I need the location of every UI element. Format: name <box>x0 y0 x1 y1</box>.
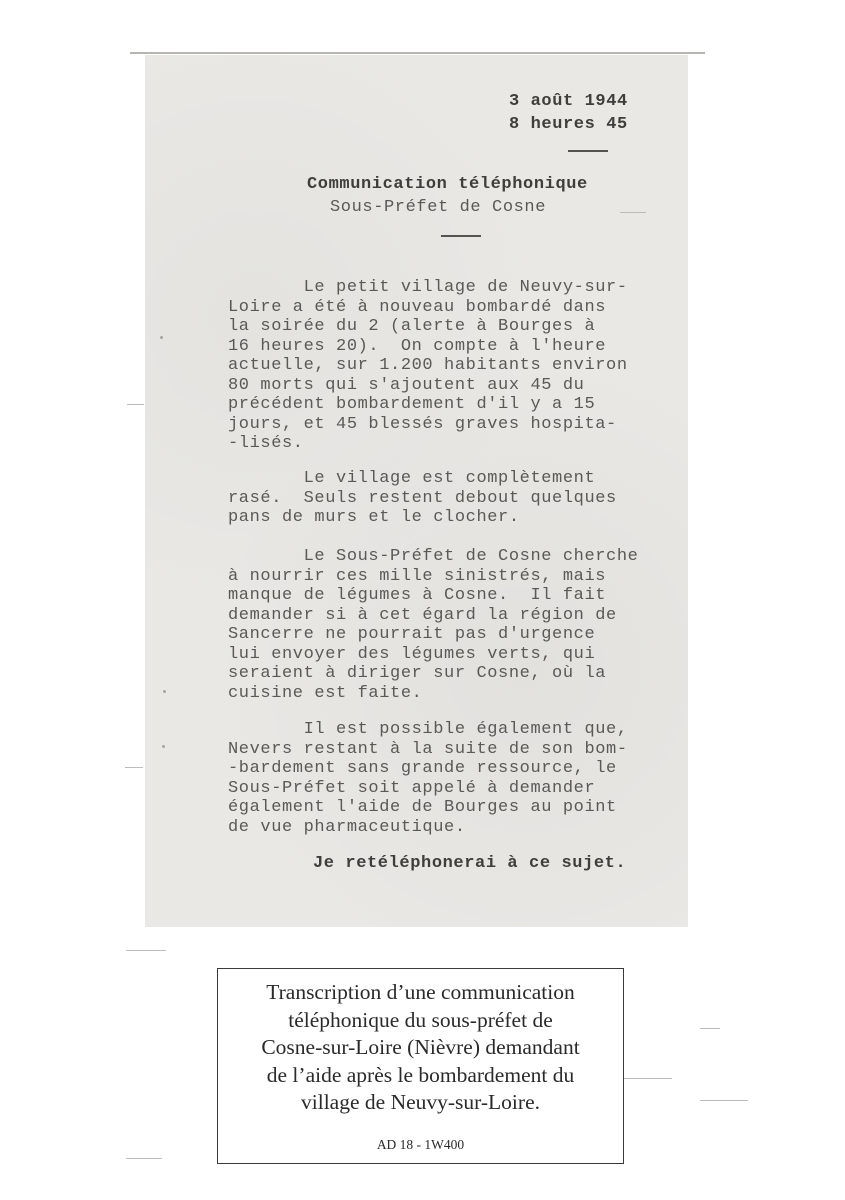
document-time: 8 heures 45 <box>509 115 628 135</box>
paper-speck <box>160 336 163 339</box>
paragraph-2: Le village est complètement rasé. Seuls … <box>228 469 617 528</box>
separator-rule <box>568 150 608 152</box>
caption-line: de l’aide après le bombardement du <box>226 1062 615 1090</box>
caption-text: Transcription d’une communicationtélépho… <box>226 979 615 1117</box>
margin-mark <box>125 767 143 768</box>
margin-mark <box>127 404 144 405</box>
paragraph-4: Il est possible également que, Nevers re… <box>228 720 628 837</box>
document-title: Communication téléphonique <box>307 175 588 195</box>
caption-box: Transcription d’une communicationtélépho… <box>217 968 624 1164</box>
margin-mark <box>620 212 646 213</box>
caption-line: Transcription d’une communication <box>226 979 615 1007</box>
margin-mark <box>622 1078 672 1079</box>
document-date: 3 août 1944 <box>509 92 628 112</box>
document-subtitle: Sous-Préfet de Cosne <box>330 198 546 218</box>
scan-top-edge <box>130 52 705 54</box>
paper-speck <box>163 690 166 693</box>
margin-mark <box>126 950 166 951</box>
caption-line: village de Neuvy-sur-Loire. <box>226 1089 615 1117</box>
paper-speck <box>162 745 165 748</box>
archive-reference: AD 18 - 1W400 <box>218 1137 623 1153</box>
closing-line: Je retéléphonerai à ce sujet. <box>313 854 626 874</box>
separator-rule <box>441 235 481 237</box>
margin-mark <box>700 1028 720 1029</box>
margin-mark <box>700 1100 748 1101</box>
paragraph-3: Le Sous-Préfet de Cosne cherche à nourri… <box>228 547 638 703</box>
margin-mark <box>126 1158 162 1159</box>
caption-line: Cosne-sur-Loire (Nièvre) demandant <box>226 1034 615 1062</box>
caption-line: téléphonique du sous-préfet de <box>226 1007 615 1035</box>
paragraph-1: Le petit village de Neuvy-sur- Loire a é… <box>228 278 628 454</box>
